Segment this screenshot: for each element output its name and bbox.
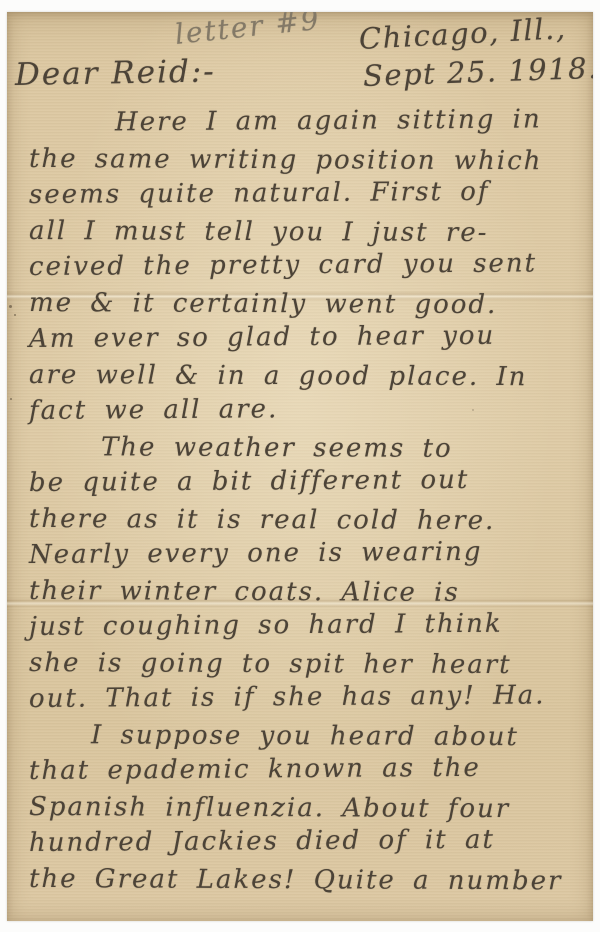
scan-background: { "colors": { "background": "#fcfcfb", "… (0, 0, 600, 932)
ink-speck (14, 314, 16, 316)
ink-speck (9, 305, 12, 308)
ink-speck (10, 398, 12, 400)
letter-line: ceived the pretty card you sent (29, 245, 583, 285)
letter-salutation: Dear Reid:- (15, 53, 216, 92)
letter-line: fact we all are. (29, 389, 583, 429)
letter-line: Here I am again sitting in (29, 101, 583, 141)
letter-body: Here I am again sitting in the same writ… (29, 105, 583, 897)
letter-line: hundred Jackies died of it at (29, 821, 583, 861)
letter-line: out. That is if she has any! Ha. (29, 677, 583, 717)
letter-line: seems quite natural. First of (29, 173, 583, 213)
letter-place: Chicago, Ill., (358, 12, 567, 56)
letter-line: be quite a bit different out (29, 461, 583, 501)
letter-line: just coughing so hard I think (29, 605, 583, 645)
letter-number-annotation: letter #9 (173, 12, 322, 51)
letter-page: letter #9 Chicago, Ill., Sept 25. 1918. … (7, 12, 593, 921)
letter-date: Sept 25. 1918. (362, 51, 593, 93)
letter-line: Am ever so glad to hear you (29, 317, 583, 357)
letter-line: Nearly every one is wearing (29, 533, 583, 573)
letter-line: the Great Lakes! Quite a number (29, 861, 583, 899)
letter-line: that epademic known as the (29, 749, 583, 789)
